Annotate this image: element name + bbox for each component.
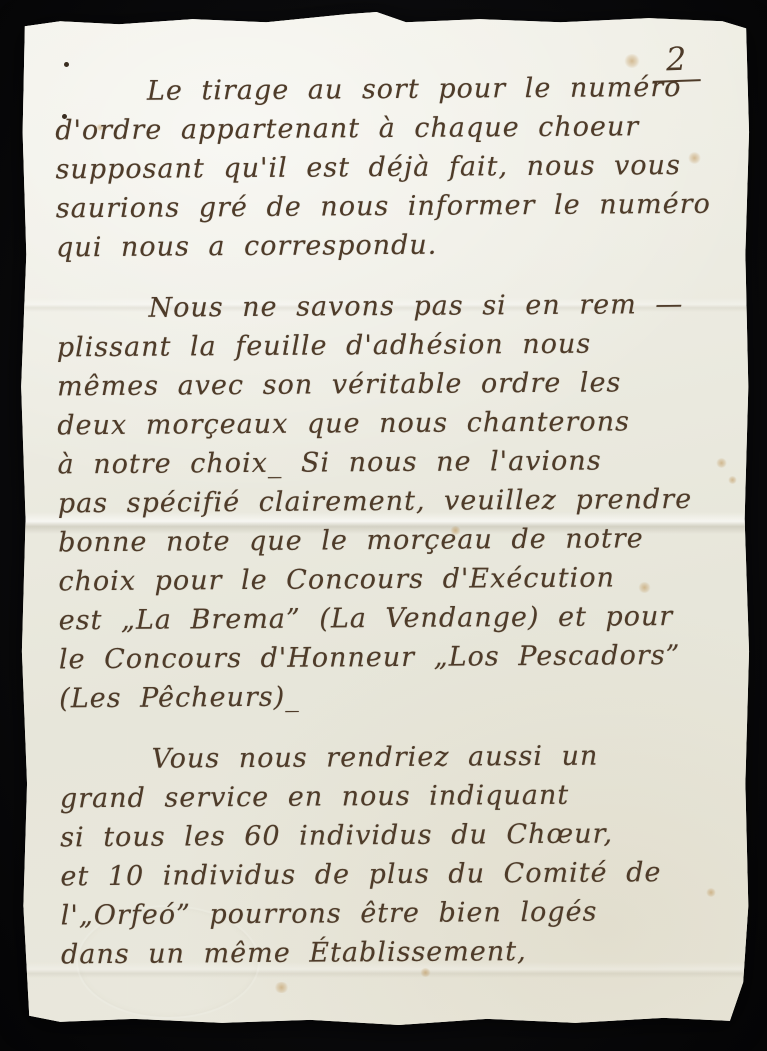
handwritten-line: supposant qu'il est déjà fait, nous vous [55, 146, 723, 190]
photo-of-letter: { "document": { "page_number": "2", "lan… [0, 0, 767, 1051]
foxing-stain [274, 982, 289, 993]
handwritten-line: qui nous a correspondu. [56, 224, 724, 268]
handwritten-line: (Les Pêcheurs)_ [59, 675, 727, 719]
paragraph: Vous nous rendriez aussi ungrand service… [60, 736, 730, 975]
handwritten-line: mêmes avec son véritable ordre les [57, 363, 725, 407]
letter-page: 2 Le tirage au sort pour le numérod'ordr… [16, 10, 752, 1028]
foxing-stain [624, 54, 640, 68]
handwritten-line: dans un même Établissement, [61, 931, 729, 975]
handwritten-line: bonne note que le morçeau de notre [58, 519, 726, 563]
handwritten-line: saurions gré de nous informer le numéro [56, 185, 724, 229]
handwritten-line: Vous nous rendriez aussi un [60, 736, 728, 780]
handwritten-line: pas spécifié clairement, veuillez prendr… [58, 480, 726, 524]
handwritten-line: choix pour le Concours d'Exécution [58, 558, 726, 602]
handwritten-line: grand service en nous indiquant [60, 775, 728, 819]
handwritten-line: le Concours d'Honneur „Los Pescadors” [59, 636, 727, 680]
paragraph: Nous ne savons pas si en rem —plissant l… [56, 285, 727, 719]
handwritten-line: et 10 individus de plus du Comité de [60, 853, 728, 897]
foxing-stain [728, 476, 737, 484]
handwritten-line: l'„Orfeó” pourrons être bien logés [61, 892, 729, 936]
handwritten-line: Nous ne savons pas si en rem — [56, 285, 724, 329]
handwritten-line: d'ordre appartenant à chaque choeur [55, 107, 723, 151]
handwritten-line: à notre choix_ Si nous ne l'avions [57, 441, 725, 485]
handwritten-line: plissant la feuille d'adhésion nous [57, 324, 725, 368]
handwritten-line: deux morçeaux que nous chanterons [57, 402, 725, 446]
handwritten-line: Le tirage au sort pour le numéro [55, 68, 723, 112]
handwritten-line: si tous les 60 individus du Chœur, [60, 814, 728, 858]
letter-page-wrapper: 2 Le tirage au sort pour le numérod'ordr… [16, 10, 752, 1028]
handwritten-line: est „La Brema” (La Vendange) et pour [59, 597, 727, 641]
handwriting: Le tirage au sort pour le numérod'ordre … [55, 68, 729, 975]
paragraph: Le tirage au sort pour le numérod'ordre … [55, 68, 724, 268]
ink-dot [64, 62, 69, 67]
